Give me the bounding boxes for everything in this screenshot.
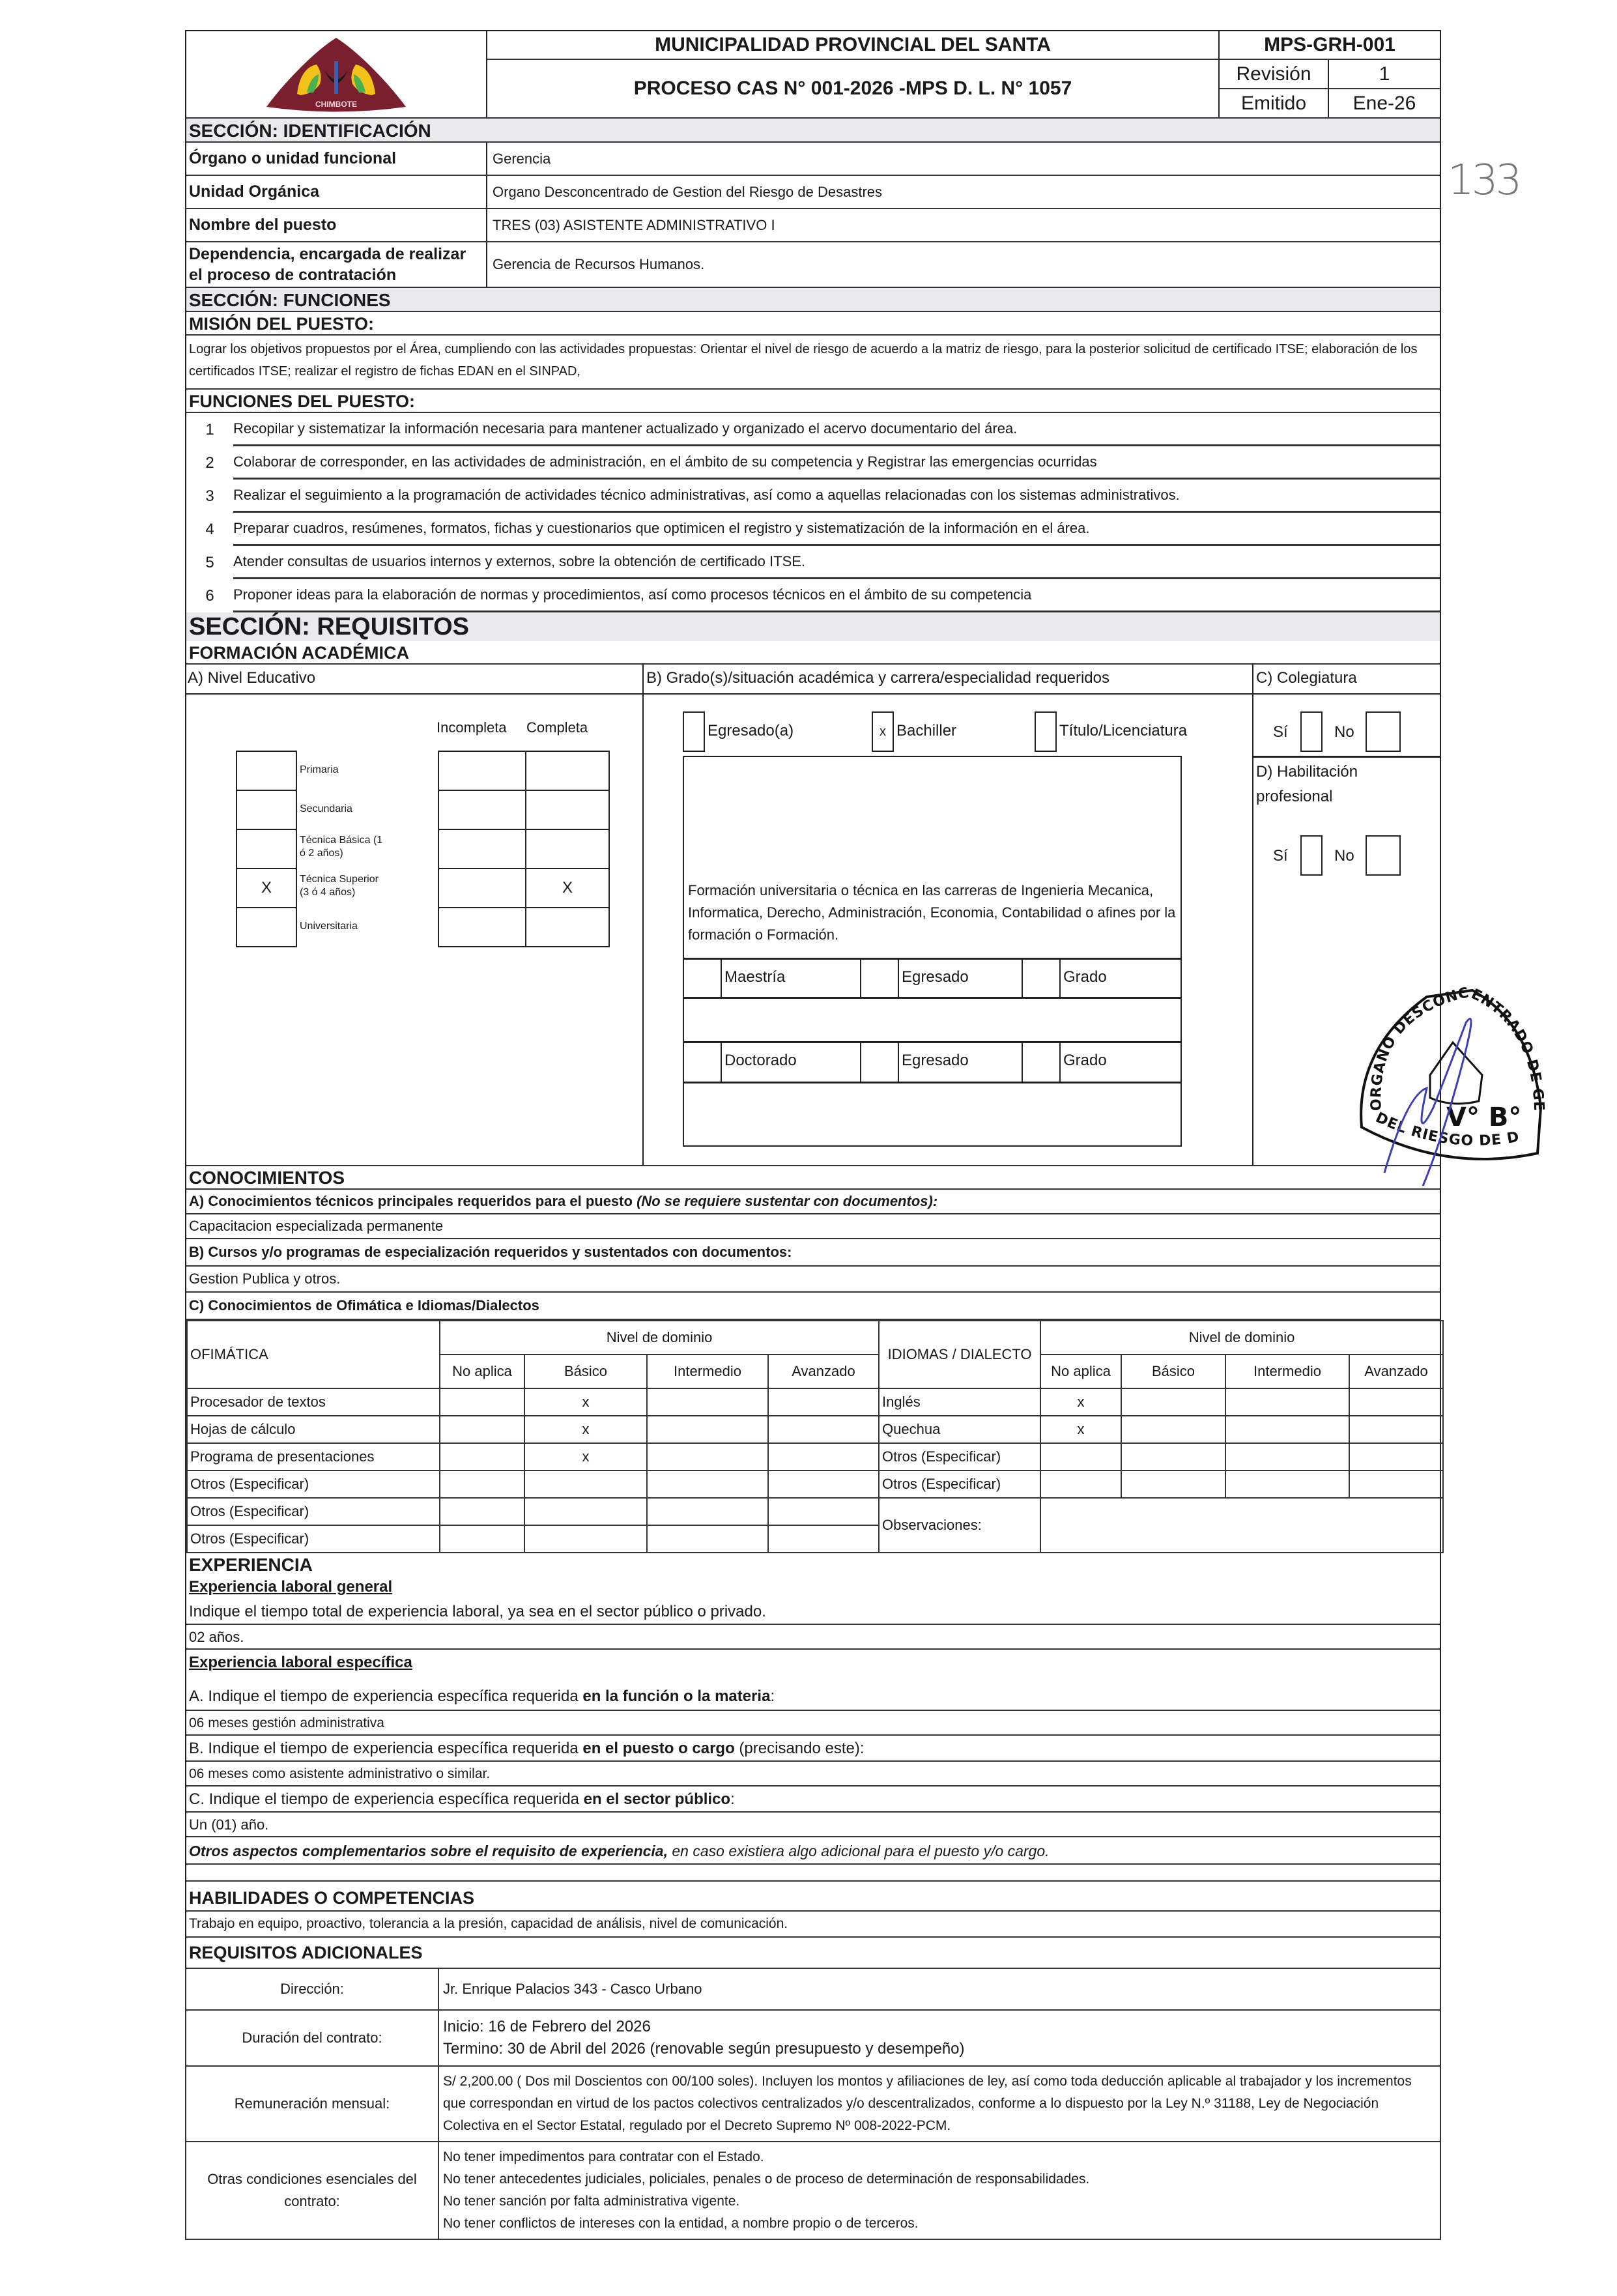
section-funciones: SECCIÓN: FUNCIONES <box>185 288 1441 312</box>
idioma-level-cell[interactable] <box>1040 1471 1121 1498</box>
ofimatica-level-cell[interactable]: x <box>524 1416 647 1443</box>
mision-title: MISIÓN DEL PUESTO: <box>185 312 1441 336</box>
remuneracion-value: S/ 2,200.00 ( Dos mil Doscientos con 00/… <box>438 2066 1440 2142</box>
ofimatica-level-cell[interactable] <box>768 1416 879 1443</box>
ofimatica-level-cell[interactable] <box>768 1498 879 1525</box>
formacion-title: FORMACIÓN ACADÉMICA <box>185 641 1441 665</box>
id-row-unidad: Unidad Orgánica Organo Desconcentrado de… <box>185 176 1441 209</box>
nivel-label: Técnica Básica (1 ó 2 años) <box>300 834 384 860</box>
idioma-level-cell[interactable] <box>1349 1443 1443 1471</box>
ofimatica-level-cell[interactable] <box>768 1471 879 1498</box>
idioma-level-cell[interactable] <box>1040 1443 1121 1471</box>
idioma-level-cell[interactable] <box>1225 1388 1349 1416</box>
idioma-level-cell[interactable] <box>1349 1416 1443 1443</box>
conocimientos-c-title: C) Conocimientos de Ofimática e Idiomas/… <box>185 1293 1441 1320</box>
nivel-checkbox[interactable] <box>236 907 297 947</box>
institution-name: MUNICIPALIDAD PROVINCIAL DEL SANTA <box>487 31 1218 60</box>
duracion-value: Inicio: 16 de Febrero del 2026 Termino: … <box>438 2010 1440 2066</box>
formacion-academica: A) Nivel Educativo B) Grado(s)/situación… <box>185 665 1441 1166</box>
handwritten-page-number: 133 <box>1448 156 1519 205</box>
idioma-level-cell[interactable] <box>1349 1471 1443 1498</box>
egresado-checkbox[interactable] <box>683 711 705 752</box>
conocimientos-a-title: A) Conocimientos técnicos principales re… <box>185 1190 1441 1214</box>
carrera-text: Formación universitaria o técnica en las… <box>688 880 1177 946</box>
approval-stamp-icon: ORGANO DESCONCENTRADO DE GESTION DEL RIE… <box>1349 977 1557 1186</box>
list-item: 3Realizar el seguimiento a la programaci… <box>186 480 1440 513</box>
habilitacion-no-checkbox[interactable] <box>1366 835 1401 876</box>
revision-value: 1 <box>1329 60 1440 88</box>
idioma-level-cell[interactable] <box>1121 1443 1225 1471</box>
ofimatica-level-cell[interactable] <box>524 1498 647 1525</box>
completa-checkbox[interactable] <box>525 790 610 830</box>
idioma-level-cell[interactable]: x <box>1040 1388 1121 1416</box>
experiencia-otros-value <box>186 1865 1440 1882</box>
ofimatica-level-cell[interactable] <box>647 1443 768 1471</box>
completa-checkbox[interactable] <box>525 751 610 791</box>
revision-label: Revisión <box>1220 60 1329 88</box>
habilitacion-si-checkbox[interactable] <box>1300 835 1323 876</box>
experiencia-section: EXPERIENCIA Experiencia laboral general … <box>185 1553 1441 1882</box>
experiencia-general-title: Experiencia laboral general <box>186 1578 1440 1599</box>
process-title: PROCESO CAS N° 001-2026 -MPS D. L. N° 10… <box>487 60 1218 117</box>
id-row-dependencia: Dependencia, encargada de realizar el pr… <box>185 242 1441 288</box>
observaciones-label: Observaciones: <box>879 1498 1040 1553</box>
list-item: 6Proponer ideas para la elaboración de n… <box>186 579 1440 612</box>
list-item: No tener conflictos de intereses con la … <box>443 2213 1436 2235</box>
idioma-level-cell[interactable] <box>1121 1416 1225 1443</box>
svg-text:CHIMBOTE: CHIMBOTE <box>315 100 357 109</box>
stamp-ring-text: ORGANO DESCONCENTRADO DE GESTION <box>1349 977 1547 1112</box>
adicionales-title: REQUISITOS ADICIONALES <box>185 1938 1441 1968</box>
ofimatica-level-cell[interactable] <box>647 1388 768 1416</box>
section-requisitos: SECCIÓN: REQUISITOS <box>185 612 1441 641</box>
ofimatica-idiomas-table-wrap: OFIMÁTICA Nivel de dominio IDIOMAS / DIA… <box>185 1320 1441 1553</box>
nivel-checkbox[interactable] <box>236 829 297 869</box>
nivel-checkbox[interactable]: X <box>236 868 297 908</box>
ofimatica-level-cell[interactable] <box>524 1471 647 1498</box>
list-item: No tener sanción por falta administrativ… <box>443 2190 1436 2213</box>
maestria-label: Maestría <box>724 968 785 986</box>
ofimatica-level-cell[interactable] <box>647 1525 768 1553</box>
idioma-level-cell[interactable] <box>1121 1388 1225 1416</box>
experiencia-a-value: 06 meses gestión administrativa <box>186 1711 1440 1736</box>
ofimatica-level-cell[interactable] <box>524 1525 647 1553</box>
ofimatica-level-cell[interactable] <box>440 1443 524 1471</box>
idioma-level-cell[interactable] <box>1349 1388 1443 1416</box>
ofimatica-idiomas-table: OFIMÁTICA Nivel de dominio IDIOMAS / DIA… <box>186 1320 1444 1553</box>
nivel-label: Secundaria <box>300 803 384 816</box>
bachiller-checkbox[interactable]: x <box>872 711 894 752</box>
chimbote-logo-icon: CHIMBOTE <box>261 35 411 113</box>
funciones-list: 1Recopilar y sistematizar la información… <box>185 413 1441 612</box>
colegiatura-no-checkbox[interactable] <box>1366 711 1401 752</box>
idioma-level-cell[interactable] <box>1225 1471 1349 1498</box>
direccion-value: Jr. Enrique Palacios 343 - Casco Urbano <box>438 1968 1440 2010</box>
nivel-checkbox[interactable] <box>236 751 297 791</box>
incompleta-checkbox[interactable] <box>438 907 526 947</box>
table-row: Procesador de textosxInglésx <box>187 1388 1443 1416</box>
table-row: Hojas de cálculoxQuechuax <box>187 1416 1443 1443</box>
doctorado-label: Doctorado <box>724 1052 797 1070</box>
incompleta-checkbox[interactable] <box>438 868 526 908</box>
ofimatica-level-cell[interactable] <box>440 1388 524 1416</box>
funciones-title: FUNCIONES DEL PUESTO: <box>185 390 1441 413</box>
nivel-educativo-title: A) Nivel Educativo <box>188 669 315 687</box>
ofimatica-level-cell[interactable]: x <box>524 1388 647 1416</box>
incompleta-checkbox[interactable] <box>438 790 526 830</box>
list-item: 1Recopilar y sistematizar la información… <box>186 413 1440 446</box>
ofimatica-level-cell[interactable] <box>440 1471 524 1498</box>
id-row-organo: Órgano o unidad funcional Gerencia <box>185 143 1441 176</box>
table-row: Programa de presentacionesxOtros (Especi… <box>187 1443 1443 1471</box>
section-identificacion: SECCIÓN: IDENTIFICACIÓN <box>185 119 1441 143</box>
completa-checkbox[interactable] <box>525 829 610 869</box>
svg-text:ORGANO DESCONCENTRADO DE GESTI: ORGANO DESCONCENTRADO DE GESTION <box>1349 977 1547 1112</box>
table-row: Otros (Especificar)Otros (Especificar) <box>187 1471 1443 1498</box>
experiencia-especifica-title: Experiencia laboral específica <box>186 1650 1440 1673</box>
document-header: CHIMBOTE MUNICIPALIDAD PROVINCIAL DEL SA… <box>185 30 1441 119</box>
ofimatica-level-cell[interactable] <box>768 1443 879 1471</box>
ofimatica-level-cell[interactable] <box>768 1388 879 1416</box>
requisitos-adicionales-table: Dirección: Jr. Enrique Palacios 343 - Ca… <box>185 1968 1441 2240</box>
conocimientos-b-title: B) Cursos y/o programas de especializaci… <box>185 1239 1441 1267</box>
ofimatica-level-cell[interactable] <box>440 1498 524 1525</box>
table-row: Otros (Especificar)Observaciones: <box>187 1498 1443 1525</box>
habilidades-value: Trabajo en equipo, proactivo, tolerancia… <box>185 1912 1441 1938</box>
issued-label: Emitido <box>1220 89 1329 117</box>
experiencia-b-value: 06 meses como asistente administrativo o… <box>186 1762 1440 1787</box>
list-item: 2Colaborar de corresponder, en las activ… <box>186 446 1440 480</box>
list-item: 5Atender consultas de usuarios internos … <box>186 546 1440 579</box>
conocimientos-a-value: Capacitacion especializada permanente <box>185 1214 1441 1239</box>
completa-checkbox[interactable] <box>525 907 610 947</box>
list-item: No tener impedimentos para contratar con… <box>443 2146 1436 2168</box>
titulo-checkbox[interactable] <box>1035 711 1057 752</box>
nivel-label: Primaria <box>300 764 384 777</box>
carrera-box <box>683 756 1182 1147</box>
incompleta-checkbox[interactable] <box>438 751 526 791</box>
list-item: 4Preparar cuadros, resúmenes, formatos, … <box>186 513 1440 546</box>
stamp-center-text: V° B° <box>1446 1102 1521 1132</box>
ofimatica-header: OFIMÁTICA <box>187 1321 440 1388</box>
idiomas-header: IDIOMAS / DIALECTO <box>879 1321 1040 1388</box>
ofimatica-level-cell[interactable] <box>647 1416 768 1443</box>
idioma-level-cell[interactable] <box>1121 1471 1225 1498</box>
ofimatica-level-cell[interactable] <box>440 1525 524 1553</box>
grado-title: B) Grado(s)/situación académica y carrer… <box>646 669 1109 687</box>
experiencia-general-value: 02 años. <box>186 1625 1440 1650</box>
document-code: MPS-GRH-001 <box>1220 31 1440 60</box>
completa-checkbox[interactable]: X <box>525 868 610 908</box>
conocimientos-b-value: Gestion Publica y otros. <box>185 1267 1441 1293</box>
observaciones-field[interactable] <box>1040 1498 1443 1553</box>
ofimatica-level-cell[interactable] <box>440 1416 524 1443</box>
nivel-checkbox[interactable] <box>236 790 297 830</box>
colegiatura-si-checkbox[interactable] <box>1300 711 1323 752</box>
idioma-level-cell[interactable]: x <box>1040 1416 1121 1443</box>
mision-text: Lograr los objetivos propuestos por el Á… <box>185 336 1441 390</box>
incompleta-checkbox[interactable] <box>438 829 526 869</box>
experiencia-c-value: Un (01) año. <box>186 1813 1440 1837</box>
municipal-logo: CHIMBOTE <box>186 31 487 117</box>
habilitacion-title: D) Habilitación profesional <box>1256 760 1367 809</box>
ofimatica-level-cell[interactable] <box>647 1498 768 1525</box>
job-profile-document: CHIMBOTE MUNICIPALIDAD PROVINCIAL DEL SA… <box>185 30 1441 2240</box>
ofimatica-level-cell[interactable] <box>768 1525 879 1553</box>
id-row-puesto: Nombre del puesto TRES (03) ASISTENTE AD… <box>185 209 1441 242</box>
idioma-level-cell[interactable] <box>1225 1443 1349 1471</box>
conocimientos-title: CONOCIMIENTOS <box>185 1166 1441 1190</box>
ofimatica-level-cell[interactable]: x <box>524 1443 647 1471</box>
ofimatica-level-cell[interactable] <box>647 1471 768 1498</box>
list-item: No tener antecedentes judiciales, polici… <box>443 2168 1436 2190</box>
nivel-label: Técnica Superior (3 ó 4 años) <box>300 873 384 899</box>
nivel-label: Universitaria <box>300 920 384 933</box>
colegiatura-title: C) Colegiatura <box>1256 669 1357 687</box>
experiencia-title: EXPERIENCIA <box>186 1553 1440 1578</box>
issued-value: Ene-26 <box>1329 89 1440 117</box>
habilidades-title: HABILIDADES O COMPETENCIAS <box>185 1882 1441 1912</box>
otras-condiciones-list: No tener impedimentos para contratar con… <box>438 2142 1440 2239</box>
idioma-level-cell[interactable] <box>1225 1416 1349 1443</box>
